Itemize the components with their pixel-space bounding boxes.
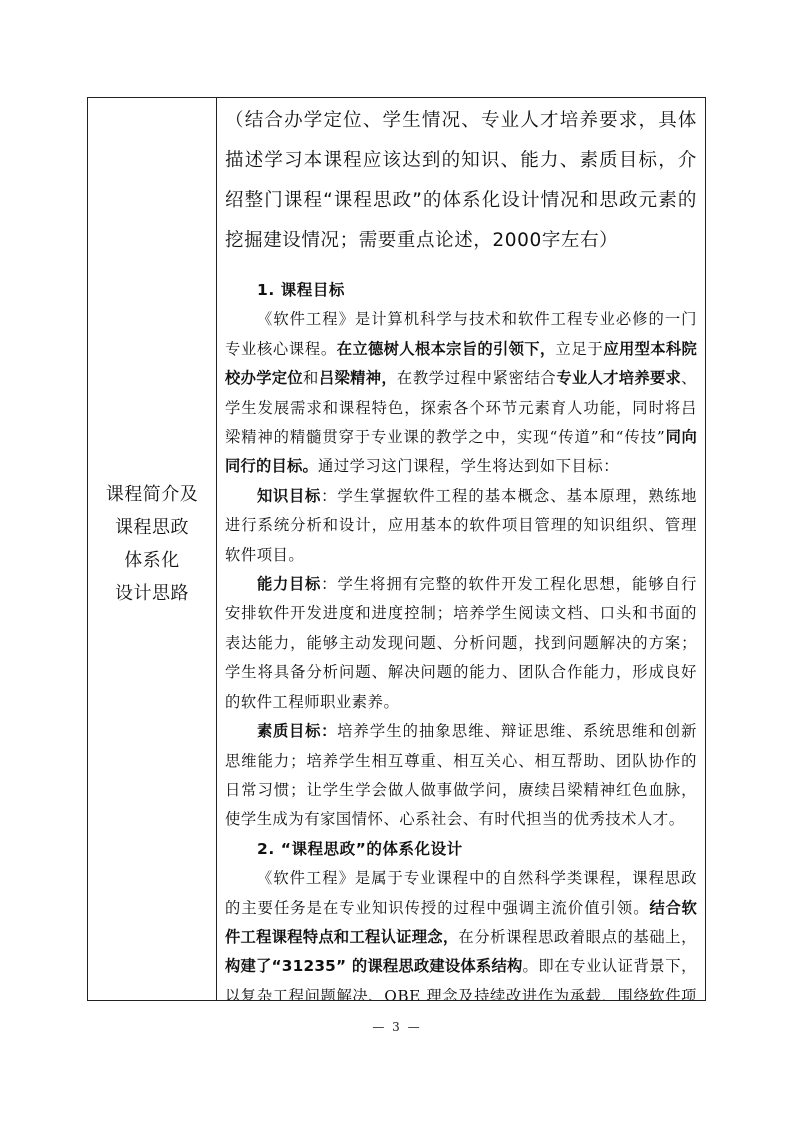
content-cell: （结合办学定位、学生情况、专业人才培养要求，具体描述学习本课程应该达到的知识、能… [217,98,705,1000]
row-label-line: 体系化 [124,544,180,577]
section-heading-ideological-design: 2. “课程思政”的体系化设计 [225,835,697,864]
knowledge-objective-label: 知识目标 [257,487,321,505]
row-label-line: 课程思政 [115,511,189,544]
text-run: 《软件工程》是属于专业课程中的自然科学类课程，课程思政的主要任务是在专业知识传授… [225,869,697,916]
text-run: 通过学习这门课程，学生将达到如下目标： [318,457,619,475]
intro-paragraph: 《软件工程》是计算机科学与技术和软件工程专业必修的一门专业核心课程。在立德树人根… [225,305,697,481]
ability-objective-label: 能力目标 [257,575,321,593]
text-run: 在教学过程中紧密结合 [397,369,556,387]
page-number: — 3 — [0,1020,794,1034]
bold-run: 构建了“31235” 的课程思政建设体系结构 [225,957,522,975]
row-label-line: 设计思路 [115,577,189,610]
bold-run: 在立德树人根本宗旨的引领下， [337,340,556,358]
body-text: 1. 课程目标 《软件工程》是计算机科学与技术和软件工程专业必修的一门专业核心课… [225,276,697,1000]
bold-run: 专业人才培养要求 [556,369,681,387]
text-run: 和 [303,369,319,387]
row-label-line: 课程简介及 [106,478,199,511]
ability-objective-paragraph: 能力目标：学生将拥有完整的软件开发工程化思想，能够自行安排软件开发进度和进度控制… [225,570,697,717]
text-run: 立足于 [555,340,603,358]
quality-objective-label: 素质目标： [257,722,337,740]
section-heading-course-objectives: 1. 课程目标 [225,276,697,305]
course-design-table: 课程简介及 课程思政 体系化 设计思路 （结合办学定位、学生情况、专业人才培养要… [87,97,706,1001]
instructions-text: （结合办学定位、学生情况、专业人才培养要求，具体描述学习本课程应该达到的知识、能… [225,101,697,261]
bold-run: 吕梁精神， [319,369,397,387]
quality-objective-paragraph: 素质目标：培养学生的抽象思维、辩证思维、系统思维和创新思维能力；培养学生相互尊重… [225,717,697,835]
knowledge-objective-paragraph: 知识目标：学生掌握软件工程的基本概念、基本原理，熟练地进行系统分析和设计，应用基… [225,482,697,570]
ideological-design-paragraph: 《软件工程》是属于专业课程中的自然科学类课程，课程思政的主要任务是在专业知识传授… [225,864,697,1000]
ability-objective-text: ：学生将拥有完整的软件开发工程化思想，能够自行安排软件开发进度和进度控制；培养学… [225,575,697,711]
text-run: 在分析课程思政着眼点的基础上， [458,928,697,946]
row-label-cell: 课程简介及 课程思政 体系化 设计思路 [88,98,217,1000]
